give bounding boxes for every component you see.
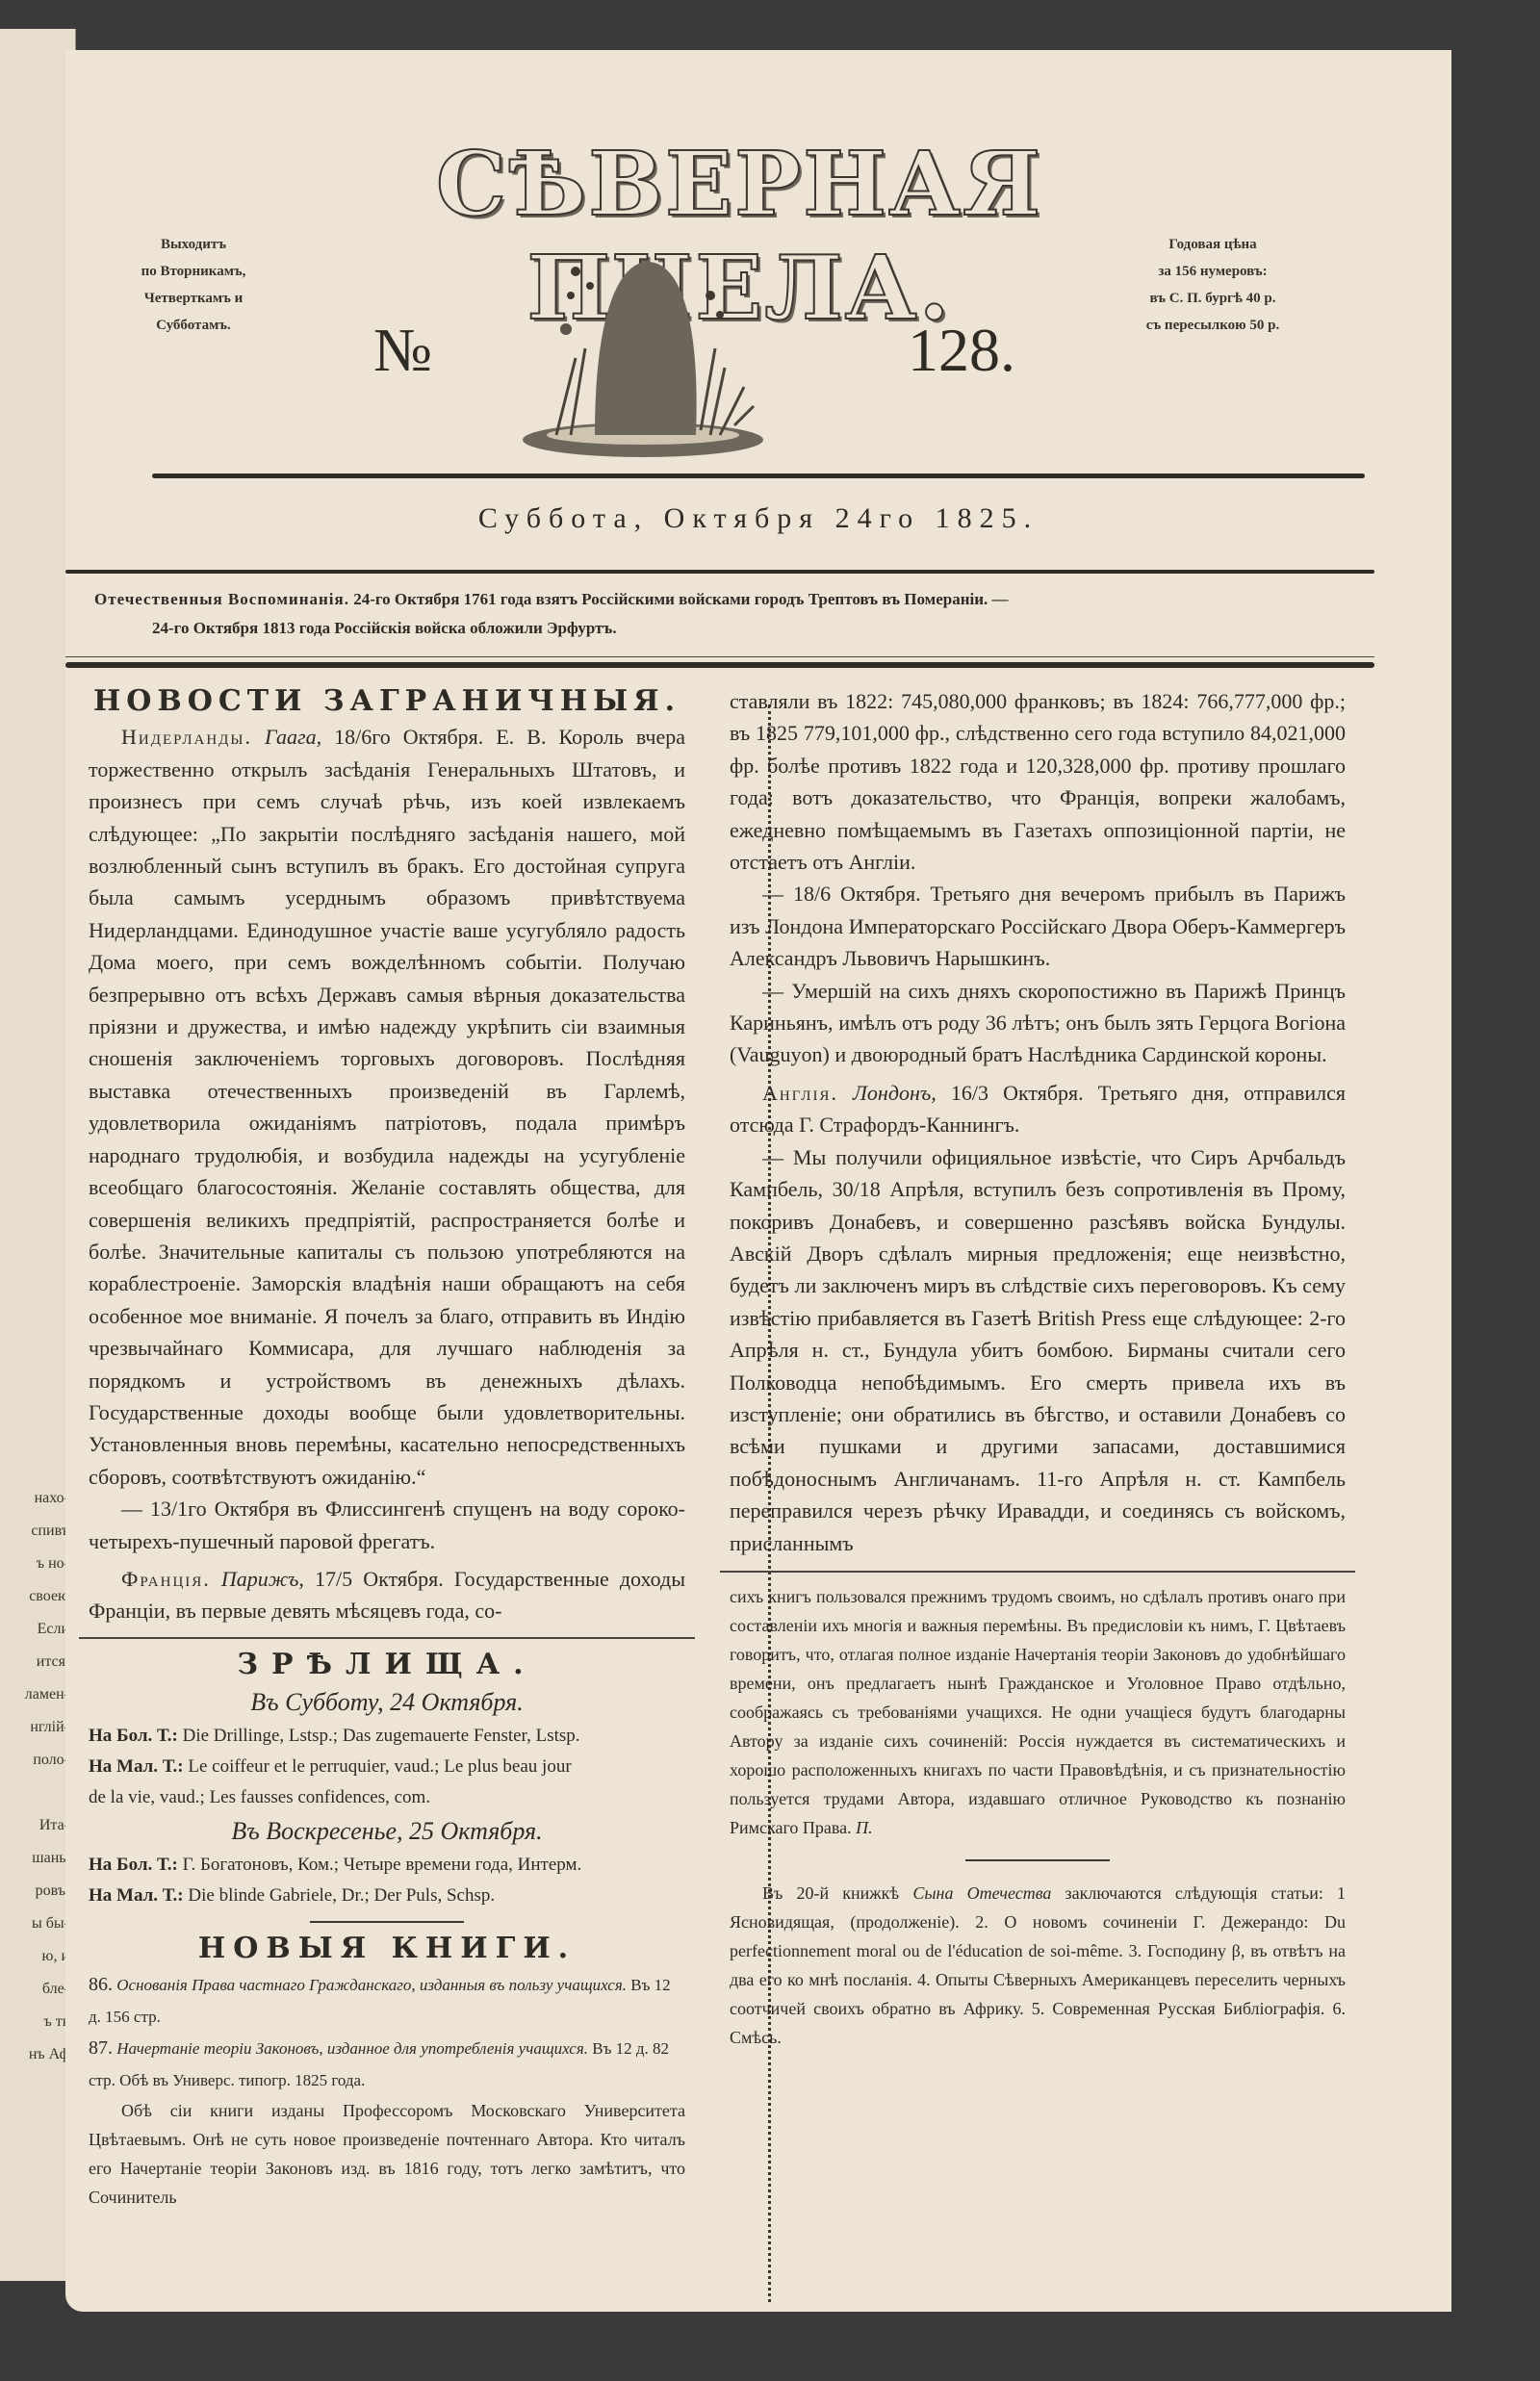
- newspaper-page: СѢВЕРНАЯ ПЧЕЛА. Выходитъ по Вторникамъ, …: [65, 50, 1451, 2312]
- masthead-rule: [152, 474, 1365, 478]
- adjacent-page-text-fragment: нглій-: [30, 1711, 69, 1744]
- theatre-entry-continued: de la vie, vaud.; Les fausses confidence…: [89, 1782, 685, 1813]
- syn-otechestva-notice: Въ 20-й книжкѣ Сына Отечества заключаютс…: [730, 1879, 1346, 2052]
- memorial-top-rule: [65, 570, 1374, 574]
- adjacent-page-text-fragment: ламен-: [25, 1678, 69, 1711]
- price-line: въ С. П. бургѣ 40 р.: [1107, 285, 1319, 312]
- price-line: съ пересылкою 50 р.: [1107, 312, 1319, 339]
- left-column: НОВОСТИ ЗАГРАНИЧНЫЯ. Нидерланды. Гаага, …: [89, 685, 685, 2212]
- adjacent-page-text-fragment: шаны: [32, 1842, 69, 1875]
- france-article-start: Франція. Парижъ, 17/5 Октября. Государст…: [89, 1563, 685, 1627]
- short-divider: [965, 1859, 1110, 1861]
- price-line: Годовая цѣна: [1107, 231, 1319, 258]
- frigate-article: — 13/1го Октября въ Флиссингенѣ спущенъ …: [89, 1493, 685, 1557]
- france-article-continued: ставляли въ 1822: 745,080,000 франковъ; …: [730, 685, 1346, 878]
- section-rule: [79, 1637, 695, 1639]
- adjacent-page-text-fragment: своею: [29, 1580, 69, 1613]
- theatre-heading: ЗРѢЛИЩА.: [89, 1649, 685, 1680]
- adjacent-page-text-fragment: ъ но-: [37, 1548, 69, 1580]
- issue-date: Суббота, Октября 24го 1825.: [65, 502, 1451, 535]
- new-books-heading: НОВЫЯ КНИГИ.: [89, 1933, 685, 1964]
- schedule-line: Выходитъ: [121, 231, 266, 258]
- publication-schedule: Выходитъ по Вторникамъ, Четверткамъ и Су…: [121, 231, 266, 339]
- short-divider: [310, 1921, 464, 1923]
- theatre-entry: На Мал. Т.: Die blinde Gabriele, Dr.; De…: [89, 1881, 685, 1911]
- book-review-start: Обѣ сіи книги изданы Профессоромъ Москов…: [89, 2096, 685, 2212]
- theatre-entry: На Бол. Т.: Die Drillinge, Lstsp.; Das z…: [89, 1721, 685, 1752]
- schedule-line: Четверткамъ и: [121, 285, 266, 312]
- memorial-bottom-rule: [65, 656, 1374, 657]
- adjacent-page-text-fragment: Если: [38, 1613, 69, 1646]
- theatre-entry: На Бол. Т.: Г. Богатоновъ, Ком.; Четыре …: [89, 1850, 685, 1881]
- burma-article: — Мы получили официяльное извѣстіе, что …: [730, 1141, 1346, 1559]
- book-entry: 86. Основанія Права частнаго Гражданскаг…: [89, 1969, 685, 2033]
- right-column: ставляли въ 1822: 745,080,000 франковъ; …: [730, 685, 1346, 2052]
- national-memories: Отечественныя Воспоминанія. 24-го Октябр…: [94, 585, 1384, 643]
- schedule-line: по Вторникамъ,: [121, 258, 266, 285]
- number-sign: №: [373, 315, 432, 386]
- subscription-price: Годовая цѣна за 156 нумеровъ: въ С. П. б…: [1107, 231, 1319, 339]
- adjacent-page-text-fragment: нахо-: [35, 1482, 69, 1515]
- review-signature: П.: [856, 1818, 873, 1837]
- adjacent-page-text-fragment: ится,: [37, 1646, 69, 1678]
- adjacent-page-text-fragment: спивъ: [31, 1515, 69, 1548]
- theatre-day: Въ Воскресенье, 25 Октября.: [89, 1813, 685, 1850]
- adjacent-page-text-fragment: ровъ.: [36, 1875, 69, 1907]
- adjacent-page-text-fragment: ы бы-: [32, 1907, 69, 1940]
- price-line: за 156 нумеровъ:: [1107, 258, 1319, 285]
- theatre-entry: На Мал. Т.: Le coiffeur et le perruquier…: [89, 1752, 685, 1782]
- schedule-line: Субботамъ.: [121, 312, 266, 339]
- adjacent-page-text-fragment: нъ Аф: [29, 2038, 69, 2071]
- england-article: Англія. Лондонъ, 16/3 Октября. Третьяго …: [730, 1077, 1346, 1141]
- memorial-bottom-rule-thick: [65, 662, 1374, 668]
- section-rule: [720, 1571, 1355, 1573]
- memorial-text: 24-го Октября 1761 года взятъ Россійским…: [349, 590, 1009, 608]
- netherlands-article: Нидерланды. Гаага, 18/6го Октября. Е. В.…: [89, 721, 685, 1493]
- book-review-continued: сихъ книгъ пользовался прежнимъ трудомъ …: [730, 1582, 1346, 1842]
- book-entry: 87. Начертаніе теоріи Законовъ, изданное…: [89, 2033, 685, 2096]
- theatre-day: Въ Субботу, 24 Октября.: [89, 1684, 685, 1721]
- foreign-news-heading: НОВОСТИ ЗАГРАНИЧНЫЯ.: [89, 685, 685, 717]
- carignan-article: — Умершій на сихъ дняхъ скоропостижно въ…: [730, 975, 1346, 1071]
- issue-number: 128.: [908, 315, 1015, 386]
- memorial-lead: Отечественныя Воспоминанія.: [94, 590, 349, 608]
- adjacent-page-text-fragment: поло-: [33, 1744, 69, 1777]
- beehive-emblem-icon: [518, 243, 768, 464]
- memorial-text: 24-го Октября 1813 года Россійскія войск…: [94, 619, 617, 637]
- naryshkin-article: — 18/6 Октября. Третьяго дня вечеромъ пр…: [730, 878, 1346, 974]
